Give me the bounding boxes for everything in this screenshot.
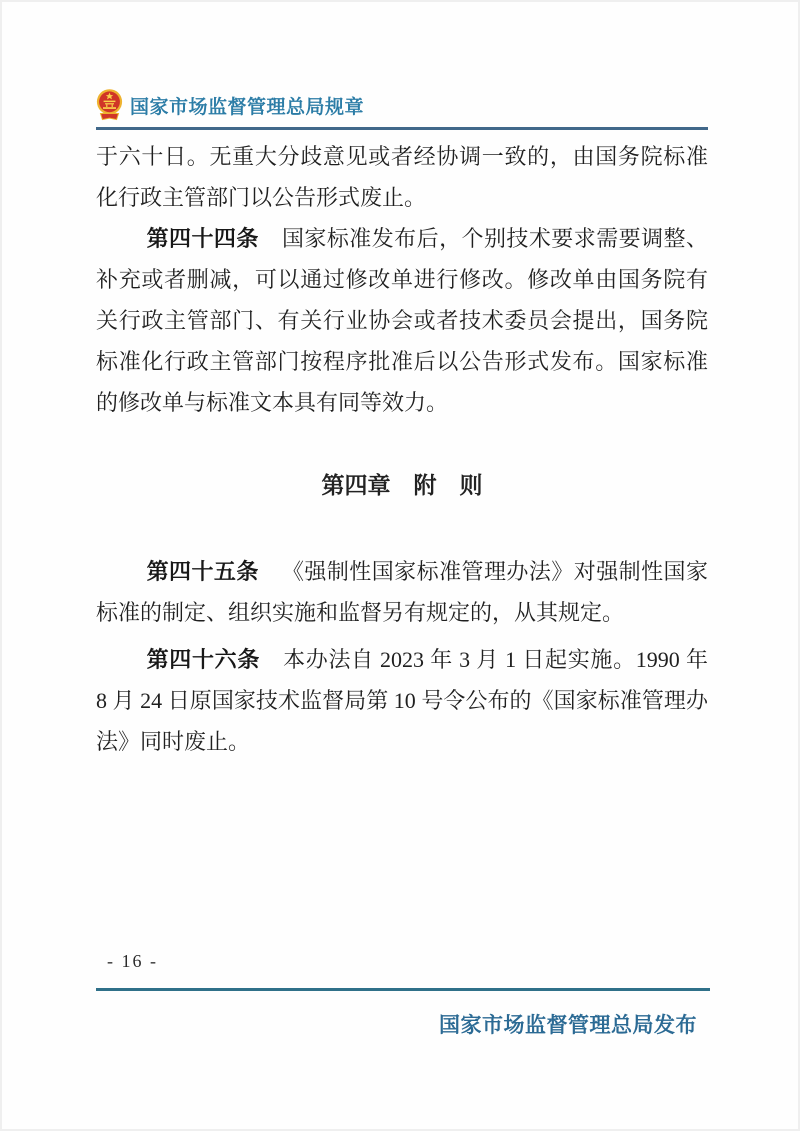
footer-publisher: 国家市场监督管理总局发布 — [439, 1012, 697, 1040]
paragraph-article-46: 第四十六条本办法自 2023 年 3 月 1 日起实施。1990 年 8 月 2… — [96, 639, 708, 762]
document-body: 于六十日。无重大分歧意见或者经协调一致的，由国务院标准化行政主管部门以公告形式废… — [96, 136, 708, 762]
paragraph-text: 国家标准发布后，个别技术要求需要调整、补充或者删减，可以通过修改单进行修改。修改… — [96, 226, 708, 415]
chapter-heading: 第四章 附 则 — [96, 465, 708, 506]
article-45-label: 第四十五条 — [147, 559, 259, 584]
china-national-emblem-icon — [96, 88, 123, 122]
page-number: - 16 - — [107, 951, 158, 971]
paragraph-continuation: 于六十日。无重大分歧意见或者经协调一致的，由国务院标准化行政主管部门以公告形式废… — [96, 136, 708, 218]
article-44-label: 第四十四条 — [147, 226, 259, 251]
header-rule — [96, 127, 708, 130]
paragraph-article-45: 第四十五条《强制性国家标准管理办法》对强制性国家标准的制定、组织实施和监督另有规… — [96, 551, 708, 633]
document-header: 国家市场监督管理总局规章 — [96, 86, 708, 124]
article-46-label: 第四十六条 — [147, 647, 260, 672]
document-page: 国家市场监督管理总局规章 于六十日。无重大分歧意见或者经协调一致的，由国务院标准… — [0, 0, 800, 1131]
document-title: 国家市场监督管理总局规章 — [130, 92, 364, 119]
paragraph-article-44: 第四十四条国家标准发布后，个别技术要求需要调整、补充或者删减，可以通过修改单进行… — [96, 218, 708, 423]
paragraph-text: 于六十日。无重大分歧意见或者经协调一致的，由国务院标准化行政主管部门以公告形式废… — [96, 144, 708, 210]
footer-rule — [96, 988, 710, 991]
